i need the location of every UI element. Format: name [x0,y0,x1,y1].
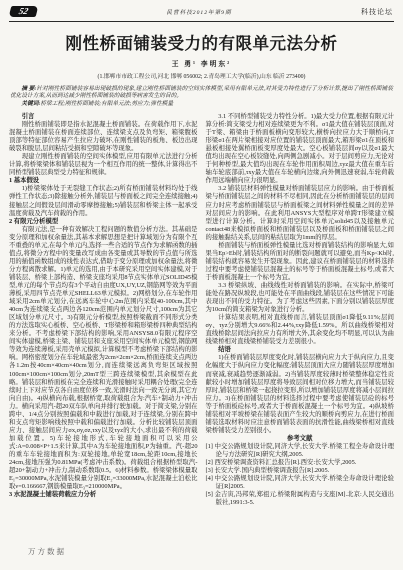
section-3-2-paragraph-2: 桥面铺装与桥面板弹性模量比选对桥面铺装结构的影响显大,如果当Ep>Eb时,铺装结… [206,242,395,282]
paper-title: 刚性桥面铺装受力的有限单元法分析 [6,30,397,54]
section-3-3-paragraph: 3.3 桥梁纵坡、曲线线性对桥面铺装的影响。在实际中,桥梁可能处在路况纵坡段,也… [206,282,395,314]
section-2-heading: 2 有限元分析模型 [9,218,198,226]
reference-item: [2] 西安桥梁调查资料汇总报告[R].西安:长安大学,2005. [206,459,395,467]
page-header: 52 民营科技2012年第9期 科技论坛 [0,0,403,17]
journal-title: 民营科技2012年第9期 [37,8,361,16]
reference-item: [5] 金吉寅,冯邦荣,郑祖元.桥梁附属构造与支座[M].北京:人民交通出版社,… [206,491,395,507]
keywords-label: 关键词: [21,101,40,107]
abstract-paragraph: 摘 要:针对刚性桥面铺装容易出现破损的现象,建立刚性桥面铺装的空间实体模型,采用… [10,86,393,101]
keywords-text: 桥梁工程;刚性桥面铺装;有限单元法;剪应力;弹性模量 [40,101,173,107]
column-label: 科技论坛 [361,7,393,17]
intro-heading: 引言 [9,113,198,121]
authors-line: 王 勇¹ 李明东² [0,58,403,68]
abstract-text: 针对刚性桥面铺装容易出现破损的现象,建立刚性桥面铺装的空间实体模型,采用有限单元… [10,86,393,100]
section-3-1-paragraph: 3.1 不同桥型铺装受力特性分析。1)最大受力位置,根据有限元计算分析:简支梁受… [206,113,395,185]
abstract-label: 摘 要: [21,86,36,92]
keywords-paragraph: 关键词:桥梁工程;刚性桥面铺装;有限单元法;剪应力;弹性模量 [10,101,393,109]
paper-page: 52 民营科技2012年第9期 科技论坛 刚性桥面铺装受力的有限单元法分析 王 … [0,0,403,570]
page-number-badge: 52 [9,6,39,17]
wanfang-watermark: 万方数据 [28,546,66,557]
left-column: 引言 刚性桥面铺装即是指水泥混凝土桥面铺装。在荷载作用下,水泥混凝土桥面铺装在桥… [9,113,198,507]
abstract-block: 摘 要:针对刚性桥面铺装容易出现破损的现象,建立刚性桥面铺装的空间实体模型,采用… [10,86,393,109]
reference-item: [4] 中交公路规划设计院,同济大学,长安大学.桥梁全寿命设计理论验证[R]20… [206,475,395,491]
section-1-paragraph: 1)桥梁梁体处于无裂缝工作状态;2)所有桥面铺装材料均处于线弹性工作状态;3)除… [9,185,198,217]
reference-item: [3] 长安大学.国内典型桥梁调查报告[R].2005. [206,467,395,475]
right-column: 3.1 不同桥型铺装受力特性分析。1)最大受力位置,根据有限元计算分析:简支梁受… [206,113,395,507]
intro-paragraph-1: 刚性桥面铺装即是指水泥混凝土桥面铺装。在荷载作用下,水泥混凝土桥面铺装在桥面连续… [9,121,198,153]
intro-paragraph-2: 现建立刚性桥面铺装的空间实体模型,应用有限单元法进行分析计算,将桥梁梁体和铺装层… [9,153,198,177]
conclusion-paragraph: 1)在桥面铺装层厚度变化时,铺装层横向应力大于纵向应力,且变化幅度大于纵向应力变… [206,354,395,434]
header-divider [9,21,394,22]
section-3-heading: 3 水泥混凝土铺装荷载应力分析 [9,491,198,499]
references-heading: 参考文献 [206,435,395,443]
section-3-3-paragraph-2: 计算结果表明,相对直线桥而言,铺装层顶面σ1降低9.11%;层间σy、τyz分别… [206,314,395,346]
affiliation-line: (1.邯郸市市政工程公司,河北 邯郸 056002; 2.青岛理工大学(临沂),… [0,71,403,80]
section-3-2-paragraph: 3.2 铺装层材料弹性模量对桥面铺装层应力的影响。由于桥面板梁与桥面铺装层之间的… [206,185,395,241]
article-body: 引言 刚性桥面铺装即是指水泥混凝土桥面铺装。在荷载作用下,水泥混凝土桥面铺装在桥… [0,113,403,507]
reference-item: [1] 中交公路规划设计院,同济大学,长安大学.桥梁工程全寿命设计理论与方法研究… [206,443,395,459]
section-2-paragraph: 有限元法,是一种有效解决工程问题的数值分析方法。其基础是变分原理和加权余量法,其… [9,226,198,492]
